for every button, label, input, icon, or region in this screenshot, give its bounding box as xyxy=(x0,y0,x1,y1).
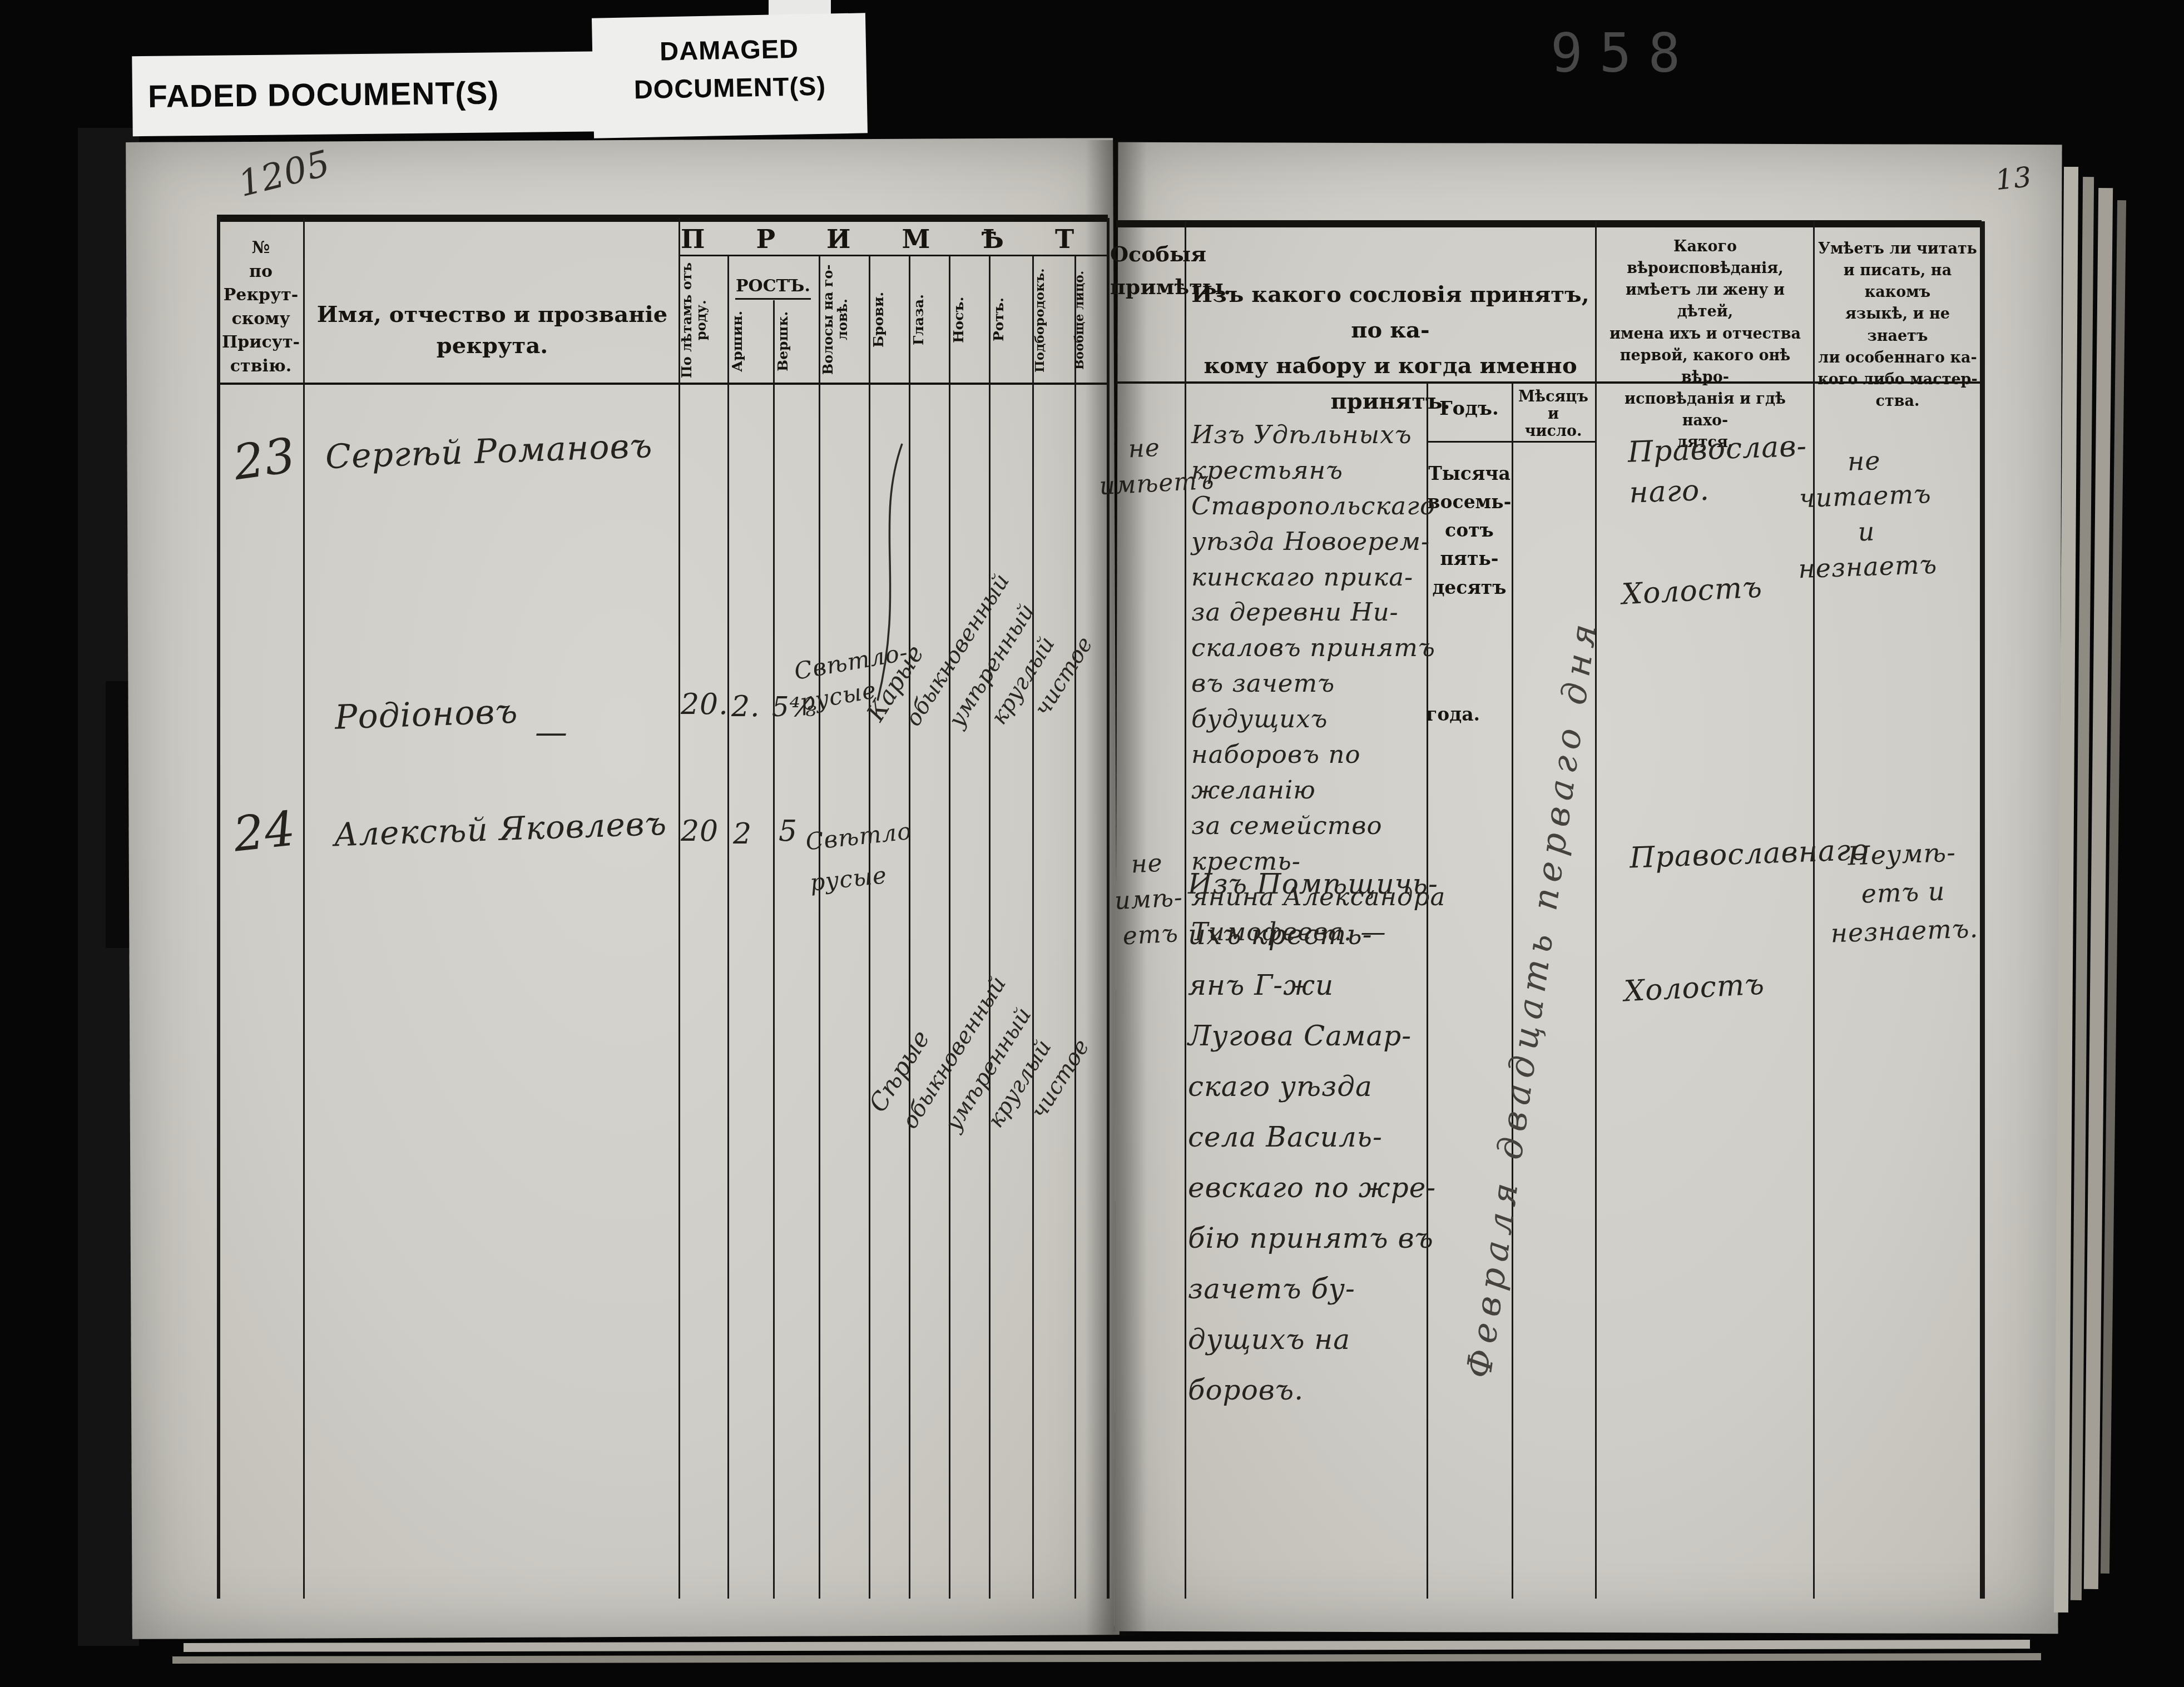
record-23-num: 23 xyxy=(229,423,300,495)
record-24-religion: Православнаго xyxy=(1629,831,1841,877)
col-header-nose: Носъ. xyxy=(951,259,987,380)
record-23-literacy: не читаетъ и незнаетъ xyxy=(1772,440,1960,588)
record-24-hair: Свѣтло русые xyxy=(798,811,918,904)
microfilm-scan: 958 1205 13 № по Рекрут- скому Присут- с… xyxy=(0,0,2184,1687)
page-stack-bottom xyxy=(184,1640,2030,1652)
damaged-document-label: DAMAGED DOCUMENT(S) xyxy=(592,13,868,138)
film-frame-number: 958 xyxy=(1551,22,1697,85)
record-23-arshin: 2. xyxy=(731,687,760,726)
record-24-vershok: 5 xyxy=(779,812,798,851)
col-header-literacy: Умѣетъ ли читать и писать, на какомъ язы… xyxy=(1817,238,1978,412)
col-header-chin: Подбородокъ. xyxy=(1033,259,1072,381)
record-24-age: 20 xyxy=(681,812,719,851)
col-header-mouth: Ротъ. xyxy=(991,259,1027,380)
col-header-num: № по Рекрут- скому Присут- ствію. xyxy=(220,236,302,379)
record-23-age: 20. xyxy=(681,685,729,724)
col-header-brows: Брови. xyxy=(871,259,907,380)
record-23-marital: Холостъ xyxy=(1621,568,1763,614)
record-24-literacy: Неумѣ- етъ и незнаетъ. xyxy=(1817,832,1988,953)
record-23-name-line2: Родіоновъ xyxy=(334,689,519,740)
gutter-shadow xyxy=(1086,140,1147,1636)
record-24-arshin: 2 xyxy=(733,815,752,854)
col-header-religion: Какого вѣроисповѣданія, имѣетъ ли жену и… xyxy=(1602,236,1809,453)
col-header-name: Имя, отчество и прозваніе рекрута. xyxy=(307,299,677,361)
record-24-marital: Холостъ xyxy=(1623,965,1765,1011)
record-23-dash: — xyxy=(535,711,568,754)
col-header-rost: РОСТЪ. xyxy=(727,275,819,298)
primety-title: П Р И М Ѣ Т Ы xyxy=(681,221,1107,252)
record-24-estate: Изъ Помѣщичь- ихъ кресть- янъ Г-жи Лугов… xyxy=(1188,859,1449,1416)
record-24-num: 24 xyxy=(230,796,299,867)
col-header-vershok: Вершк. xyxy=(775,305,816,378)
col-header-eyes: Глаза. xyxy=(911,259,947,380)
col-header-age: По лѣтамъ отъ роду. xyxy=(680,259,726,381)
col-header-month: Мѣсяцъ и число. xyxy=(1512,388,1595,440)
col-header-hair: Волосы на го- ловѣ. xyxy=(821,259,866,380)
damaged-document-label-text: DAMAGED DOCUMENT(S) xyxy=(592,13,867,110)
folio-number-right: 13 xyxy=(1994,158,2034,200)
col-header-arshin: Аршин. xyxy=(730,305,771,378)
